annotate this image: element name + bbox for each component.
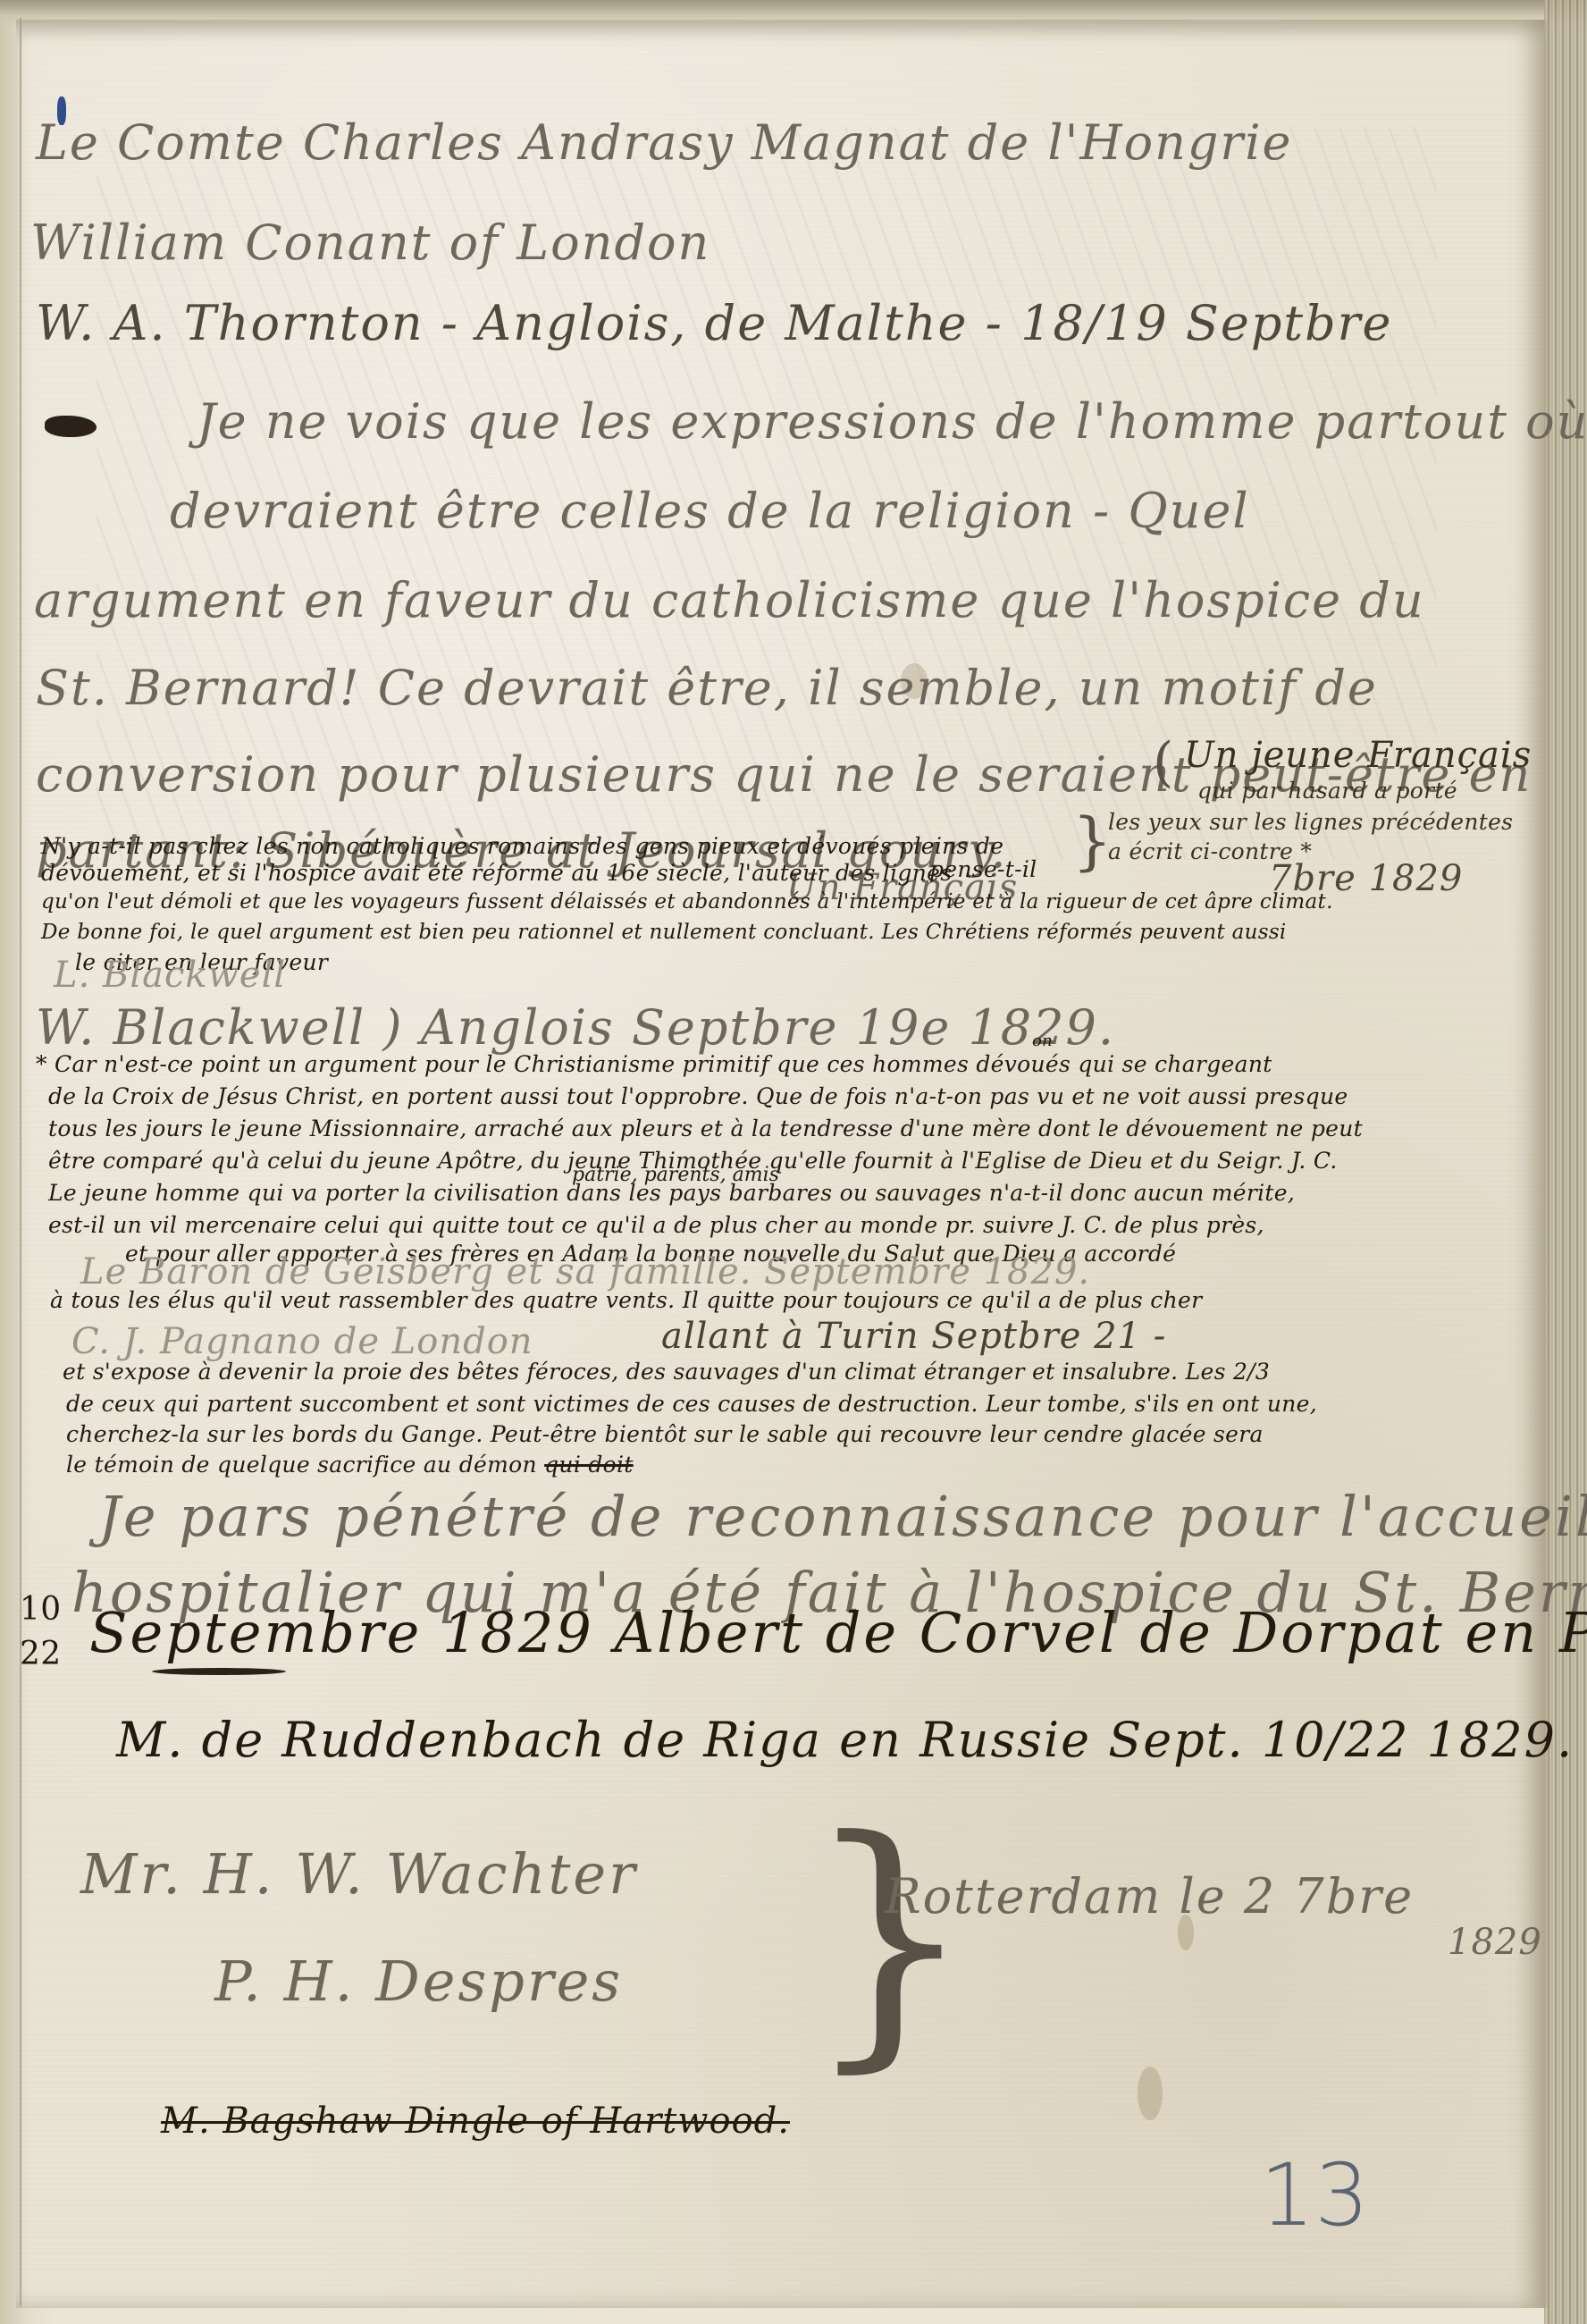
essay-line-2: devraient être celles de la religion - Q… [170, 483, 1250, 539]
essay-line-4: St. Bernard! Ce devrait être, il semble,… [36, 660, 1378, 716]
star-line-8: à tous les élus qu'il veut rassembler de… [50, 1287, 1202, 1313]
rotterdam-year: 1829 [1448, 1922, 1542, 1963]
entry-andrasy: Le Comte Charles Andrasy Magnat de l'Hon… [36, 114, 1292, 171]
margin-date-numerator: 10 [20, 1591, 61, 1628]
sidenote-line-3: les yeux sur les lignes précédentes [1108, 809, 1513, 835]
reply-line-4: De bonne foi, le quel argument est bien … [41, 921, 1287, 944]
gratitude-line-3: Septembre 1829 Albert de Corvel de Dorpa… [89, 1600, 1587, 1665]
essay-line-1: Je ne vois que les expressions de l'homm… [197, 393, 1587, 450]
reply-line-2: dévouement, et si l'hospice avait été ré… [41, 860, 952, 886]
star-line-3: tous les jours le jeune Missionnaire, ar… [48, 1116, 1363, 1141]
signature-wachter: Mr. H. W. Wachter [80, 1841, 638, 1907]
blackwell-ghost: L. Blackwell [54, 955, 286, 996]
book-spread: Le Comte Charles Andrasy Magnat de l'Hon… [0, 0, 1587, 2324]
star-line-11: cherchez-la sur les bords du Gange. Peut… [66, 1421, 1264, 1447]
margin-date-denominator: 22 [20, 1636, 61, 1672]
entry-conant: William Conant of London [30, 215, 710, 271]
entry-thornton: W. A. Thornton - Anglois, de Malthe - 18… [36, 295, 1392, 351]
brace: ( [1153, 731, 1173, 794]
stain [1138, 2067, 1163, 2120]
star-line-9: et s'expose à devenir la proie des bêtes… [63, 1359, 1270, 1385]
folio-number: 13 [1260, 2145, 1369, 2245]
star-line-10: de ceux qui partent succombent et sont v… [66, 1391, 1317, 1417]
struck-entry: M. Bagshaw Dingle of Hartwood. [161, 2101, 790, 2142]
star-line-2: de la Croix de Jésus Christ, en portent … [48, 1083, 1348, 1109]
struck-words: qui doit [544, 1452, 634, 1478]
brace: } [1072, 804, 1113, 878]
star-line-12-text: le témoin de quelque sacrifice au démon [66, 1452, 537, 1478]
allant-turin: allant à Turin Septbre 21 - [661, 1316, 1166, 1357]
star-line-1-above: on [1032, 1031, 1053, 1050]
rotterdam-place: Rotterdam le 2 7bre [885, 1868, 1414, 1924]
sidenote-line-1: Un jeune Français [1184, 735, 1532, 776]
reply-line-1: N'y a-t-il pas chez les non catholiques … [41, 833, 1003, 859]
reply-line-3: qu'on l'eut démoli et que les voyageurs … [41, 890, 1333, 914]
flourish-underline [152, 1668, 286, 1675]
entry-ruddenbach: M. de Ruddenbach de Riga en Russie Sept.… [116, 1712, 1574, 1768]
gratitude-line-1: Je pars pénétré de reconnaissance pour l… [98, 1484, 1587, 1549]
large-brace: } [804, 1806, 975, 2074]
essay-line-3: argument en faveur du catholicisme que l… [34, 572, 1425, 628]
star-line-12: le témoin de quelque sacrifice au démon … [66, 1452, 634, 1478]
star-line-5: Le jeune homme qui va porter la civilisa… [48, 1180, 1295, 1206]
signature-despres: P. H. Despres [214, 1949, 623, 2014]
page-edges [1544, 0, 1587, 2324]
entry-blackwell: W. Blackwell ) Anglois Septbre 19e 1829. [36, 999, 1115, 1056]
pagnano-ghost: C. J. Pagnano de London [71, 1321, 533, 1362]
star-line-1: * Car n'est-ce point un argument pour le… [36, 1051, 1272, 1077]
margin-rule [20, 18, 21, 2306]
star-line-6: est-il un vil mercenaire celui qui quitt… [48, 1212, 1264, 1238]
sidenote-line-2: qui par hasard a porté [1197, 778, 1457, 804]
ink-blot [45, 416, 97, 437]
